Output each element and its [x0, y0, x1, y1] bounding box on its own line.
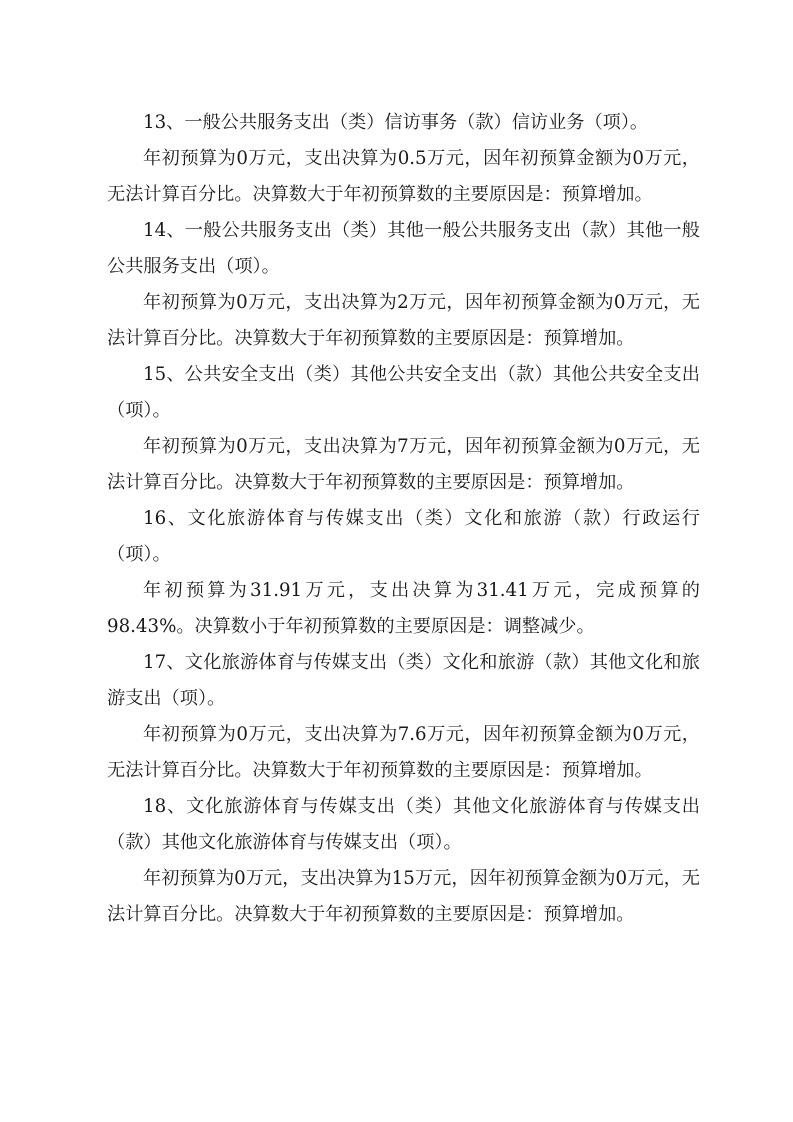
- item-16-body: 年初预算为31.91万元，支出决算为31.41万元，完成预算的98.43%。决算…: [107, 573, 700, 645]
- item-17-body: 年初预算为0万元，支出决算为7.6万元，因年初预算金额为0万元，无法计算百分比。…: [107, 717, 700, 789]
- item-18-heading: 18、文化旅游体育与传媒支出（类）其他文化旅游体育与传媒支出（款）其他文化旅游体…: [107, 789, 700, 861]
- item-15-body: 年初预算为0万元，支出决算为7万元，因年初预算金额为0万元，无法计算百分比。决算…: [107, 429, 700, 501]
- item-13-heading: 13、一般公共服务支出（类）信访事务（款）信访业务（项）。: [107, 105, 700, 141]
- item-18-body: 年初预算为0万元，支出决算为15万元，因年初预算金额为0万元，无法计算百分比。决…: [107, 861, 700, 933]
- item-14-heading: 14、一般公共服务支出（类）其他一般公共服务支出（款）其他一般公共服务支出（项）…: [107, 213, 700, 285]
- item-15-heading: 15、公共安全支出（类）其他公共安全支出（款）其他公共安全支出（项）。: [107, 357, 700, 429]
- item-16-heading: 16、文化旅游体育与传媒支出（类）文化和旅游（款）行政运行（项）。: [107, 501, 700, 573]
- document-page: 13、一般公共服务支出（类）信访事务（款）信访业务（项）。 年初预算为0万元，支…: [107, 105, 700, 933]
- item-14-body: 年初预算为0万元，支出决算为2万元，因年初预算金额为0万元，无法计算百分比。决算…: [107, 285, 700, 357]
- item-13-body: 年初预算为0万元，支出决算为0.5万元，因年初预算金额为0万元，无法计算百分比。…: [107, 141, 700, 213]
- item-17-heading: 17、文化旅游体育与传媒支出（类）文化和旅游（款）其他文化和旅游支出（项）。: [107, 645, 700, 717]
